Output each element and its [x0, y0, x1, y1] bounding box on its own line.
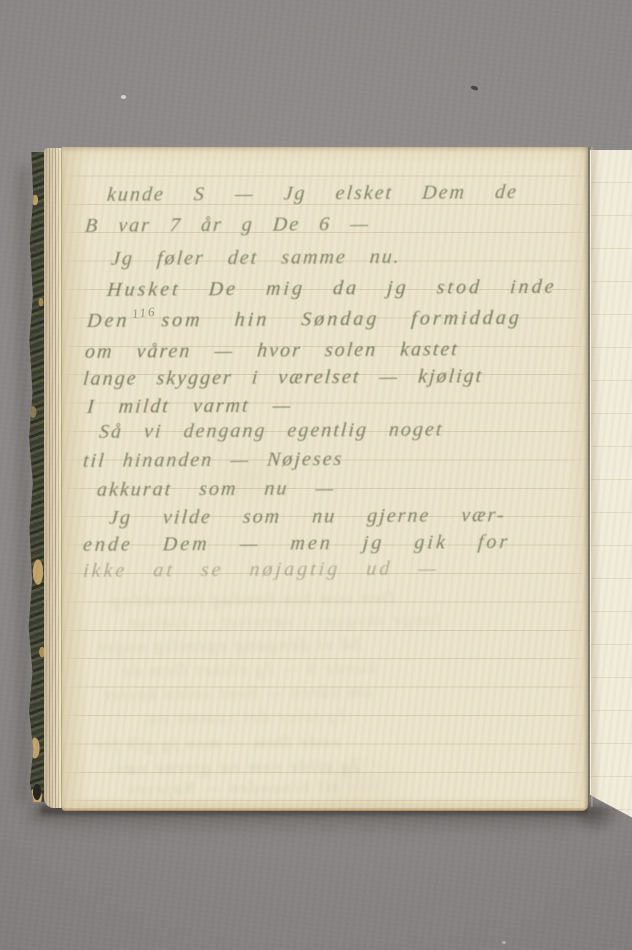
bleedthrough-text: Jg føler det samme nu.	[140, 706, 348, 729]
photograph-backdrop: 116 kunde S — Jg elsket Dem de B var 7 å…	[0, 0, 632, 950]
handwriting-line: I mildt varmt —	[86, 395, 293, 419]
left-page: 116 kunde S — Jg elsket Dem de B var 7 å…	[62, 147, 588, 811]
handwriting-line: kunde S — Jg elsket Dem de	[106, 181, 519, 207]
dust-speck	[121, 95, 126, 99]
bleedthrough-text: kunde S — Jg elsket Dem de	[120, 658, 376, 682]
handwriting-line: akkurat som nu —	[96, 477, 336, 502]
dust-speck	[471, 85, 479, 91]
bleedthrough-text: lange skygger i værelset — kjøligt	[128, 609, 441, 633]
dust-speck	[502, 941, 506, 944]
book-shadow-left	[17, 165, 30, 805]
handwriting-line: Så vi dengang egentlig noget	[98, 419, 444, 444]
right-facing-page	[590, 150, 632, 820]
bleedthrough-text: til hinanden — Nøjeses	[126, 777, 338, 800]
handwriting-line: om våren — hvor solen kastet	[84, 338, 460, 364]
handwriting-line: Den som hin Søndag formiddag	[86, 307, 523, 333]
bleedthrough-text: ende Dem — men jg gik for	[92, 732, 340, 756]
handwriting-line: lange skygger i værelset — kjøligt	[82, 365, 484, 391]
handwriting-line: Jg føler det samme nu.	[110, 246, 402, 271]
bleedthrough-text: Så vi dengang egentlig noget	[96, 634, 361, 658]
handwriting-line: Husket De mig da jg stod inde	[106, 276, 557, 302]
handwriting-line: ikke at se nøjagtig ud —	[82, 558, 440, 583]
handwriting-line: ende Dem — men jg gik for	[82, 531, 511, 557]
handwriting-line: Jg vilde som nu gjerne vær-	[108, 504, 506, 530]
bleedthrough-text: Jg vilde som nu gjerne vær-	[106, 756, 360, 780]
bleedthrough-text: Den som hin Søndag formiddag	[110, 588, 395, 612]
bleedthrough-text: om våren — hvor solen kastet	[102, 682, 372, 706]
handwriting-line: til hinanden — Nøjeses	[82, 448, 344, 473]
handwriting-line: B var 7 år g De 6 —	[84, 213, 371, 238]
